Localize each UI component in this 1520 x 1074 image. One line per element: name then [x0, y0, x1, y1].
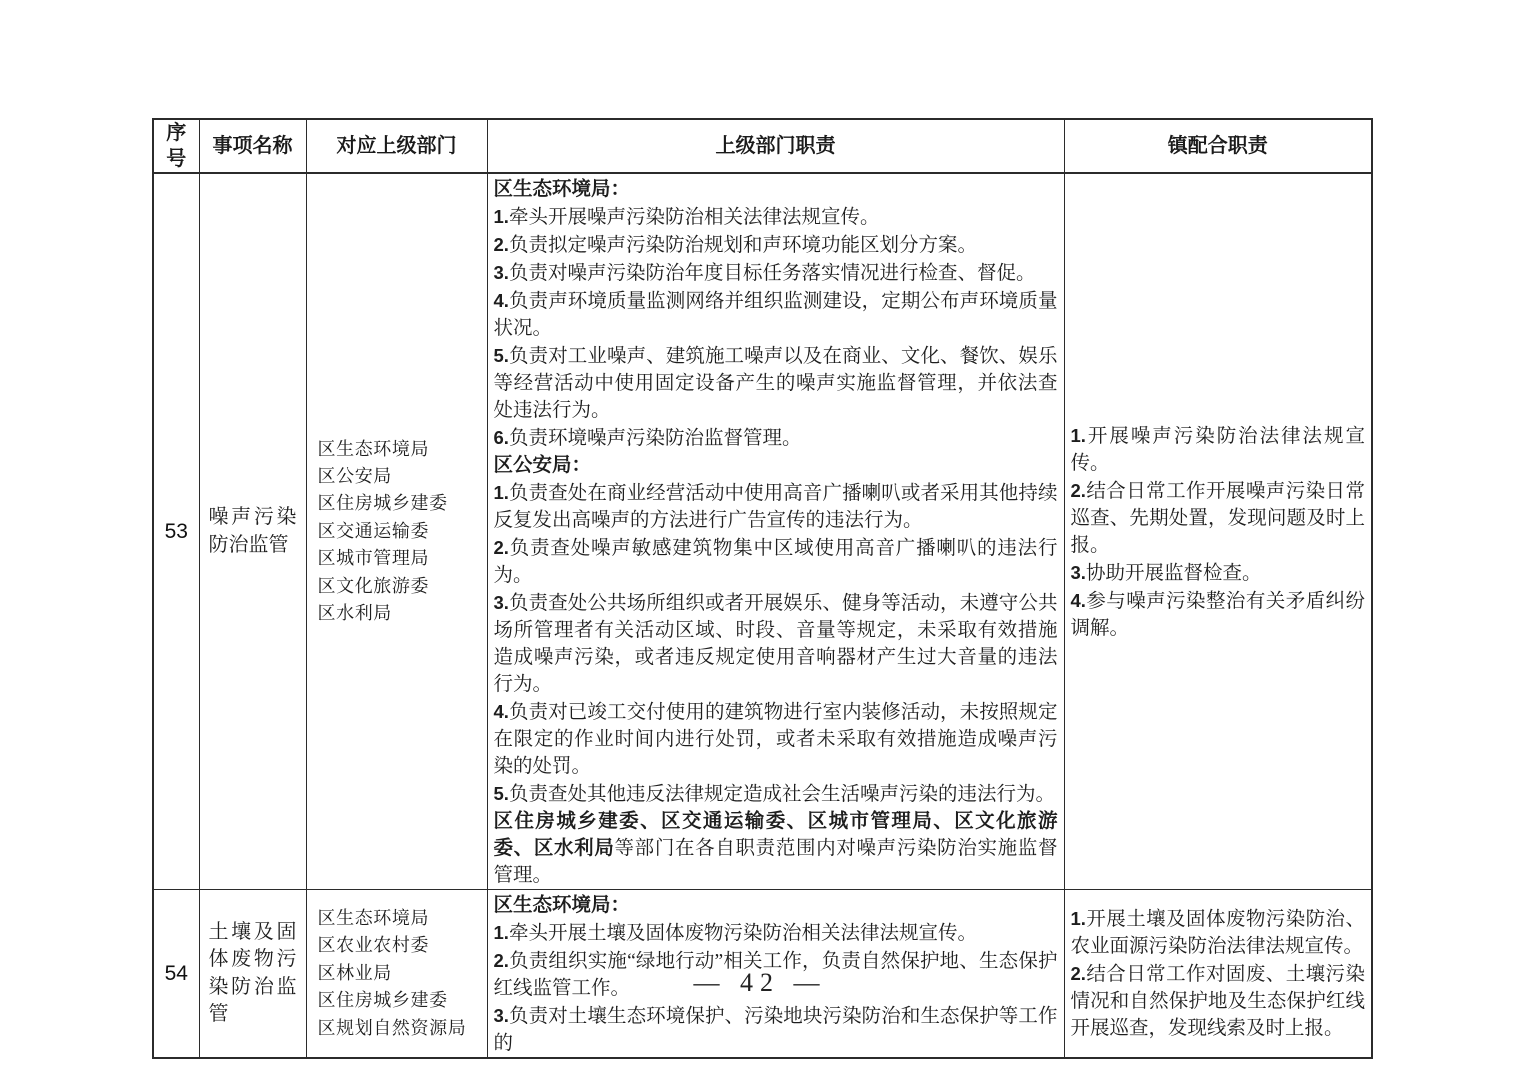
duty-paragraph: 3.负责查处公共场所组织或者开展娱乐、健身等活动，未遵守公共场所管理者有关活动区…	[494, 589, 1058, 698]
header-superior-department: 对应上级部门	[306, 119, 487, 173]
department-name: 区文化旅游委	[318, 573, 476, 600]
department-name: 区生态环境局	[318, 436, 476, 463]
department-name: 区水利局	[318, 600, 476, 627]
duty-paragraph: 3.负责对土壤生态环境保护、污染地块污染防治和生态保护等工作的	[494, 1002, 1058, 1057]
department-name: 区生态环境局	[318, 905, 476, 932]
duty-text: 开展噪声污染防治法律法规宣传。	[1071, 426, 1366, 474]
duty-item-number: 5.	[494, 345, 509, 366]
superior-duties-list: 区生态环境局：1.牵头开展噪声污染防治相关法律法规宣传。2.负责拟定噪声污染防治…	[494, 176, 1058, 889]
departments-cell: 区生态环境局区公安局区住房城乡建委区交通运输委区城市管理局区文化旅游委区水利局	[306, 173, 487, 890]
duty-item-number: 4.	[494, 290, 509, 311]
item-name: 噪声污染防治监管	[209, 504, 297, 559]
department-name: 区农业农村委	[318, 932, 476, 959]
duty-paragraph: 1.牵头开展噪声污染防治相关法律法规宣传。	[494, 203, 1058, 231]
duty-paragraph: 4.负责对已竣工交付使用的建筑物进行室内装修活动，未按照规定在限定的作业时间内进…	[494, 698, 1058, 780]
department-name: 区交通运输委	[318, 518, 476, 545]
duty-paragraph: 区生态环境局：	[494, 892, 1058, 919]
duty-text: 负责拟定噪声污染防治规划和声环境功能区划分方案。	[509, 235, 977, 256]
duty-item-number: 3.	[494, 1005, 509, 1026]
duty-item-number: 3.	[494, 592, 509, 613]
duty-paragraph: 1.负责查处在商业经营活动中使用高音广播喇叭或者采用其他持续反复发出高噪声的方法…	[494, 479, 1058, 534]
duty-text: 开展土壤及固体废物污染防治、农业面源污染防治法律法规宣传。	[1071, 909, 1366, 957]
duty-paragraph: 1.开展土壤及固体废物污染防治、农业面源污染防治法律法规宣传。	[1071, 905, 1366, 960]
header-town-duties: 镇配合职责	[1064, 119, 1372, 173]
duty-text: 负责查处公共场所组织或者开展娱乐、健身等活动，未遵守公共场所管理者有关活动区域、…	[494, 593, 1058, 695]
superior-duties-cell: 区生态环境局：1.牵头开展噪声污染防治相关法律法规宣传。2.负责拟定噪声污染防治…	[487, 173, 1064, 890]
duty-paragraph: 4.负责声环境质量监测网络并组织监测建设，定期公布声环境质量状况。	[494, 287, 1058, 342]
duty-text: 结合日常工作开展噪声污染日常巡查、先期处置，发现问题及时上报。	[1071, 481, 1366, 556]
duty-item-number: 2.	[494, 537, 509, 558]
department-name: 区公安局	[318, 463, 476, 490]
duty-item-number: 1.	[1071, 908, 1086, 929]
duty-item-number: 1.	[494, 482, 509, 503]
item-name-cell: 噪声污染防治监管	[199, 173, 306, 890]
duty-item-number: 3.	[1071, 562, 1086, 583]
duty-paragraph: 2.结合日常工作开展噪声污染日常巡查、先期处置，发现问题及时上报。	[1071, 477, 1366, 559]
duty-bold-heading: 区公安局：	[494, 455, 592, 476]
header-superior-duties: 上级部门职责	[487, 119, 1064, 173]
header-seq: 序号	[153, 119, 199, 173]
duty-text: 负责对噪声污染防治年度目标任务落实情况进行检查、督促。	[509, 263, 1036, 284]
seq-number: 53	[153, 173, 199, 890]
duty-text: 协助开展监督检查。	[1086, 563, 1262, 584]
duty-paragraph: 2.负责查处噪声敏感建筑物集中区域使用高音广播喇叭的违法行为。	[494, 534, 1058, 589]
duty-text: 负责对土壤生态环境保护、污染地块污染防治和生态保护等工作的	[494, 1006, 1058, 1054]
duty-paragraph: 5.负责查处其他违反法律规定造成社会生活噪声污染的违法行为。	[494, 780, 1058, 808]
duty-text: 负责声环境质量监测网络并组织监测建设，定期公布声环境质量状况。	[494, 291, 1058, 339]
duty-item-number: 1.	[494, 206, 509, 227]
duty-item-number: 4.	[1071, 590, 1086, 611]
duty-paragraph: 区生态环境局：	[494, 176, 1058, 203]
header-item-name: 事项名称	[199, 119, 306, 173]
duty-paragraph: 1.牵头开展土壤及固体废物污染防治相关法律法规宣传。	[494, 919, 1058, 947]
duty-item-number: 5.	[494, 783, 509, 804]
duty-item-number: 4.	[494, 701, 509, 722]
duty-item-number: 2.	[1071, 480, 1086, 501]
town-duties-list: 1.开展噪声污染防治法律法规宣传。2.结合日常工作开展噪声污染日常巡查、先期处置…	[1071, 422, 1366, 642]
duty-text: 负责查处噪声敏感建筑物集中区域使用高音广播喇叭的违法行为。	[494, 538, 1058, 586]
duty-text: 牵头开展噪声污染防治相关法律法规宣传。	[509, 207, 880, 228]
duty-paragraph: 区公安局：	[494, 452, 1058, 479]
department-name: 区规划自然资源局	[318, 1015, 476, 1042]
duty-text: 负责对已竣工交付使用的建筑物进行室内装修活动，未按照规定在限定的作业时间内进行处…	[494, 702, 1058, 777]
department-name: 区住房城乡建委	[318, 490, 476, 517]
table-row-53: 53 噪声污染防治监管 区生态环境局区公安局区住房城乡建委区交通运输委区城市管理…	[153, 173, 1372, 890]
duty-item-number: 1.	[494, 922, 509, 943]
duty-text: 负责环境噪声污染防治监督管理。	[509, 428, 802, 449]
duty-text: 负责查处其他违反法律规定造成社会生活噪声污染的违法行为。	[509, 784, 1055, 805]
duties-table: 序号 事项名称 对应上级部门 上级部门职责 镇配合职责 53 噪声污染防治监管 …	[152, 118, 1373, 1059]
duty-item-number: 6.	[494, 427, 509, 448]
departments-list: 区生态环境局区公安局区住房城乡建委区交通运输委区城市管理局区文化旅游委区水利局	[318, 436, 476, 628]
duty-paragraph: 3.负责对噪声污染防治年度目标任务落实情况进行检查、督促。	[494, 259, 1058, 287]
page-number: — 42 —	[0, 968, 1520, 998]
duty-paragraph: 5.负责对工业噪声、建筑施工噪声以及在商业、文化、餐饮、娱乐等经营活动中使用固定…	[494, 342, 1058, 424]
duty-paragraph: 1.开展噪声污染防治法律法规宣传。	[1071, 422, 1366, 477]
duty-text: 参与噪声污染整治有关矛盾纠纷调解。	[1071, 591, 1366, 639]
duty-text: 负责对工业噪声、建筑施工噪声以及在商业、文化、餐饮、娱乐等经营活动中使用固定设备…	[494, 346, 1058, 421]
duty-item-number: 1.	[1071, 425, 1086, 446]
duty-text: 牵头开展土壤及固体废物污染防治相关法律法规宣传。	[509, 923, 977, 944]
duty-text: 负责查处在商业经营活动中使用高音广播喇叭或者采用其他持续反复发出高噪声的方法进行…	[494, 483, 1058, 531]
duty-paragraph: 区住房城乡建委、区交通运输委、区城市管理局、区文化旅游委、区水利局等部门在各自职…	[494, 808, 1058, 889]
town-duties-cell: 1.开展噪声污染防治法律法规宣传。2.结合日常工作开展噪声污染日常巡查、先期处置…	[1064, 173, 1372, 890]
table-header-row: 序号 事项名称 对应上级部门 上级部门职责 镇配合职责	[153, 119, 1372, 173]
duty-item-number: 3.	[494, 262, 509, 283]
department-name: 区城市管理局	[318, 545, 476, 572]
duty-item-number: 2.	[494, 234, 509, 255]
duty-paragraph: 2.负责拟定噪声污染防治规划和声环境功能区划分方案。	[494, 231, 1058, 259]
duty-paragraph: 6.负责环境噪声污染防治监督管理。	[494, 424, 1058, 452]
duty-bold-heading: 区生态环境局：	[494, 179, 631, 200]
duty-bold-heading: 区生态环境局：	[494, 895, 631, 916]
duty-paragraph: 4.参与噪声污染整治有关矛盾纠纷调解。	[1071, 587, 1366, 642]
duty-paragraph: 3.协助开展监督检查。	[1071, 559, 1366, 587]
